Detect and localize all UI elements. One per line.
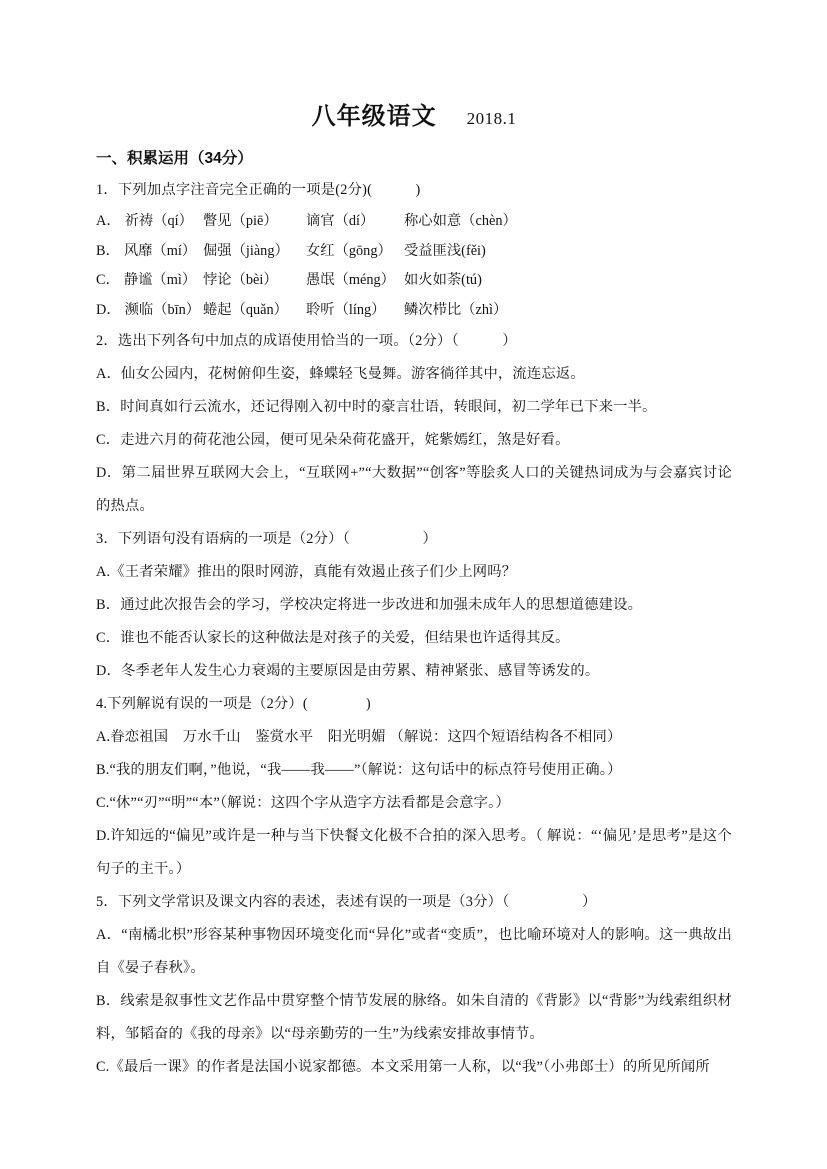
option-line-a: A.眷恋祖国 万水千山 鉴赏水平 阳光明媚 （解说：这四个短语结构各不相同） xyxy=(96,721,732,754)
page-content: 八年级语文 2018.1 一、积累运用（34分） 1．下列加点字注音完全正确的一… xyxy=(0,0,827,1084)
pinyin-option-row-a: A．祈祷（qí） 瞥见（piē） 谪官（dí） 称心如意（chèn） xyxy=(96,207,732,237)
pinyin-item: 祈祷（qí） xyxy=(125,213,193,229)
pinyin-option-row-b: B．风靡（mí） 倔强（jiàng） 女红（gōng） 受益匪浅(fěi) xyxy=(96,237,732,267)
question-stem: 3．下列语句没有语病的一项是（2分）（ ） xyxy=(96,523,732,556)
option-line-b: B．时间真如行云流水，还记得刚入初中时的豪言壮语，转眼间，初二学年已下来一半。 xyxy=(96,391,732,424)
option-line-c: C．谁也不能否认家长的这种做法是对孩子的关爱，但结果也许适得其反。 xyxy=(96,622,732,655)
pinyin-item: 瞥见（piē） xyxy=(203,207,306,237)
option-label: D． xyxy=(96,302,121,318)
option-line-b: B．通过此次报告会的学习，学校决定将进一步改进和加强未成年人的思想道德建设。 xyxy=(96,589,732,622)
option-line-a: A.《王者荣耀》推出的限时网游，真能有效遏止孩子们少上网吗？ xyxy=(96,556,732,589)
pinyin-item: 受益匪浅(fěi) xyxy=(404,237,732,267)
option-line-c: C.《最后一课》的作者是法国小说家都德。本文采用第一人称，以“我”（小弗郎士）的… xyxy=(96,1051,732,1084)
exam-date: 2018.1 xyxy=(467,109,517,128)
pinyin-item: 称心如意（chèn） xyxy=(404,207,732,237)
option-line-c: C.“休”“刃”“明”“本”（解说：这四个字从造字方法看都是会意字。） xyxy=(96,787,732,820)
question-4: 4.下列解说有误的一项是（2分）( ) A.眷恋祖国 万水千山 鉴赏水平 阳光明… xyxy=(96,688,732,886)
exam-paper-page: 八年级语文 2018.1 一、积累运用（34分） 1．下列加点字注音完全正确的一… xyxy=(0,0,827,1169)
option-line-c: C．走进六月的荷花池公园，便可见朵朵荷花盛开，姹紫嫣红，煞是好看。 xyxy=(96,424,732,457)
section-heading: 一、积累运用（34分） xyxy=(96,144,732,174)
question-2: 2．选出下列各句中加点的成语使用恰当的一项。（2分）（ ） A．仙女公园内，花树… xyxy=(96,325,732,523)
option-line-b: B.“我的朋友们啊，”他说，“我——我——”（解说：这句话中的标点符号使用正确。… xyxy=(96,754,732,787)
question-stem: 2．选出下列各句中加点的成语使用恰当的一项。（2分）（ ） xyxy=(96,325,732,358)
pinyin-item: 风靡（mí） xyxy=(124,243,196,259)
pinyin-item: 静谧（mì） xyxy=(124,272,196,288)
question-stem: 4.下列解说有误的一项是（2分）( ) xyxy=(96,688,732,721)
pinyin-item: 濒临（bīn） xyxy=(125,302,200,318)
option-label: C． xyxy=(96,272,120,288)
title-row: 八年级语文 2018.1 xyxy=(96,100,732,137)
pinyin-item: 鳞次栉比（zhì） xyxy=(404,296,732,326)
pinyin-item: 蜷起（quǎn） xyxy=(203,296,306,326)
option-line-a: A．“南橘北枳”形容某种事物因环境变化而“异化”或者“变质”，也比喻环境对人的影… xyxy=(96,919,732,985)
option-line-d: D.许知远的“偏见”或许是一种与当下快餐文化极不合拍的深入思考。（ 解说：“‘偏… xyxy=(96,820,732,886)
pinyin-item: 愚氓（méng） xyxy=(306,266,404,296)
option-line-d: D．冬季老年人发生心力衰竭的主要原因是由劳累、精神紧张、感冒等诱发的。 xyxy=(96,655,732,688)
option-line-d: D．第二届世界互联网大会上，“互联网+”“大数据”“创客”等脍炙人口的关键热词成… xyxy=(96,457,732,523)
option-line-a: A．仙女公园内，花树俯仰生姿，蜂蝶轻飞曼舞。游客徜徉其中，流连忘返。 xyxy=(96,358,732,391)
pinyin-option-row-c: C．静谧（mì） 悖论（bèi） 愚氓（méng） 如火如荼(tú) xyxy=(96,266,732,296)
pinyin-item: 谪官（dí） xyxy=(306,207,404,237)
pinyin-item: 悖论（bèi） xyxy=(203,266,306,296)
question-stem: 1．下列加点字注音完全正确的一项是(2分)( ) xyxy=(96,174,732,207)
option-line-b: B．线索是叙事性文艺作品中贯穿整个情节发展的脉络。如朱自清的《背影》以“背影”为… xyxy=(96,985,732,1051)
question-stem: 5．下列文学常识及课文内容的表述，表述有误的一项是（3分）（ ） xyxy=(96,886,732,919)
question-5: 5．下列文学常识及课文内容的表述，表述有误的一项是（3分）（ ） A．“南橘北枳… xyxy=(96,886,732,1084)
pinyin-option-row-d: D．濒临（bīn） 蜷起（quǎn） 聆听（líng） 鳞次栉比（zhì） xyxy=(96,296,732,326)
page-title: 八年级语文 xyxy=(312,103,437,130)
option-label: A． xyxy=(96,213,121,229)
option-label: B． xyxy=(96,243,120,259)
pinyin-item: 聆听（líng） xyxy=(306,296,404,326)
pinyin-item: 如火如荼(tú) xyxy=(404,266,732,296)
question-3: 3．下列语句没有语病的一项是（2分）（ ） A.《王者荣耀》推出的限时网游，真能… xyxy=(96,523,732,688)
question-1: 1．下列加点字注音完全正确的一项是(2分)( ) A．祈祷（qí） 瞥见（piē… xyxy=(96,174,732,325)
pinyin-item: 女红（gōng） xyxy=(306,237,404,267)
pinyin-item: 倔强（jiàng） xyxy=(203,237,306,267)
